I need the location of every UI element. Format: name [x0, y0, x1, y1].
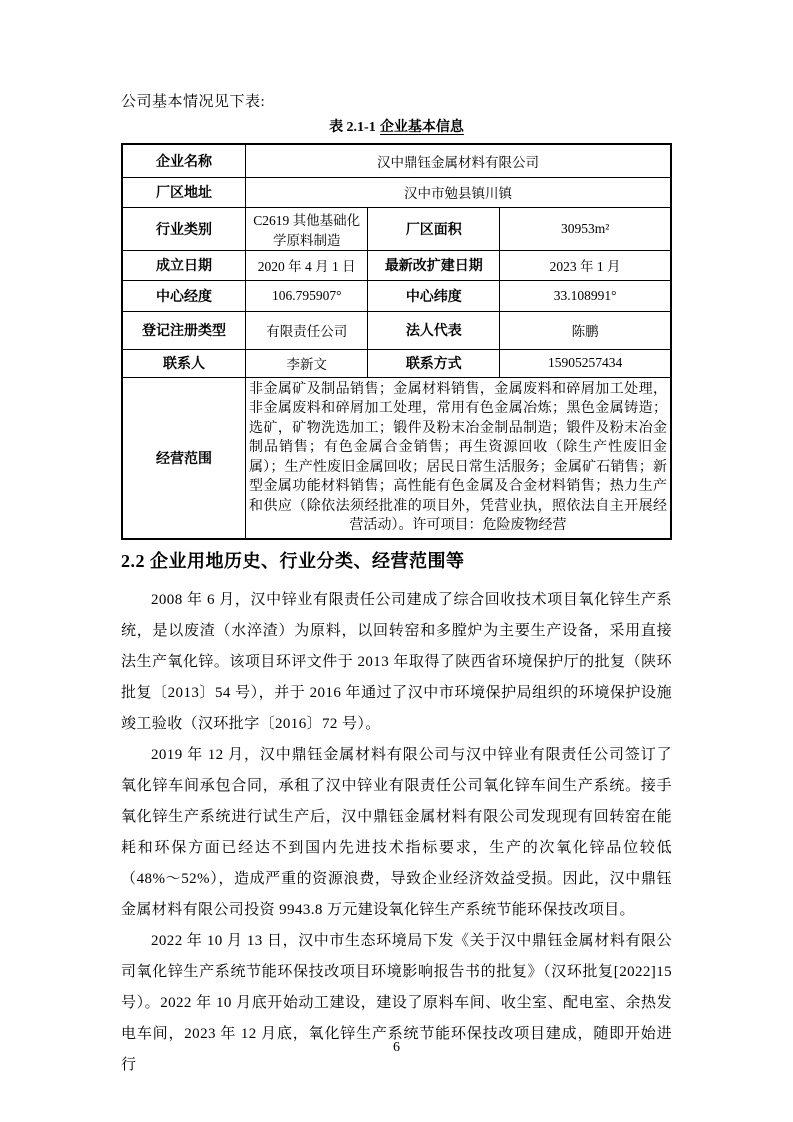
row-business-scope: 经营范围 非金属矿及制品销售；金属材料销售，金属废料和碎屑加工处理，非金属废料和…	[122, 377, 671, 539]
paragraph-history-2019: 2019 年 12 月，汉中鼎钰金属材料有限公司与汉中锌业有限责任公司签订了氧化…	[121, 740, 672, 926]
rebuild-date-value: 2023 年 1 月	[500, 250, 671, 280]
latitude-label: 中心纬度	[368, 280, 500, 311]
registration-type-label: 登记注册类型	[122, 311, 246, 349]
area-label: 厂区面积	[368, 207, 500, 250]
contact-person-label: 联系人	[122, 349, 246, 377]
contact-phone-value: 15905257434	[500, 349, 671, 377]
intro-text: 公司基本情况见下表:	[121, 92, 672, 112]
table-title-text: 企业基本信息	[380, 120, 464, 135]
industry-value: C2619 其他基础化学原料制造	[246, 207, 368, 250]
company-name-label: 企业名称	[122, 144, 246, 177]
legal-rep-label: 法人代表	[368, 311, 500, 349]
contact-phone-label: 联系方式	[368, 349, 500, 377]
founded-date-label: 成立日期	[122, 250, 246, 280]
row-dates: 成立日期 2020 年 4 月 1 日 最新改扩建日期 2023 年 1 月	[122, 250, 671, 280]
row-address: 厂区地址 汉中市勉县镇川镇	[122, 177, 671, 207]
contact-person-value: 李新文	[246, 349, 368, 377]
row-registration: 登记注册类型 有限责任公司 法人代表 陈鹏	[122, 311, 671, 349]
company-info-table: 企业名称 汉中鼎钰金属材料有限公司 厂区地址 汉中市勉县镇川镇 行业类别 C26…	[121, 143, 672, 540]
industry-label: 行业类别	[122, 207, 246, 250]
longitude-value: 106.795907°	[246, 280, 368, 311]
page-number: 6	[0, 1040, 793, 1056]
rebuild-date-label: 最新改扩建日期	[368, 250, 500, 280]
business-scope-value: 非金属矿及制品销售；金属材料销售，金属废料和碎屑加工处理，非金属废料和碎屑加工处…	[246, 377, 671, 539]
section-heading: 2.2 企业用地历史、行业分类、经营范围等	[121, 548, 672, 574]
paragraph-history-2008: 2008 年 6 月，汉中锌业有限责任公司建成了综合回收技术项目氧化锌生产系统，…	[121, 585, 672, 740]
company-name-value: 汉中鼎钰金属材料有限公司	[246, 144, 671, 177]
legal-rep-value: 陈鹏	[500, 311, 671, 349]
document-page: 公司基本情况见下表: 表 2.1-1企业基本信息 企业名称 汉中鼎钰金属材料有限…	[0, 0, 793, 1122]
row-industry-area: 行业类别 C2619 其他基础化学原料制造 厂区面积 30953m²	[122, 207, 671, 250]
table-title-number: 表 2.1-1	[329, 120, 376, 135]
paragraph-history-2022: 2022 年 10 月 13 日，汉中市生态环境局下发《关于汉中鼎钰金属材料有限…	[121, 926, 672, 1081]
address-label: 厂区地址	[122, 177, 246, 207]
row-coordinates: 中心经度 106.795907° 中心纬度 33.108991°	[122, 280, 671, 311]
business-scope-label: 经营范围	[122, 377, 246, 539]
table-title: 表 2.1-1企业基本信息	[121, 117, 672, 139]
address-value: 汉中市勉县镇川镇	[246, 177, 671, 207]
registration-type-value: 有限责任公司	[246, 311, 368, 349]
area-value: 30953m²	[500, 207, 671, 250]
row-contact: 联系人 李新文 联系方式 15905257434	[122, 349, 671, 377]
longitude-label: 中心经度	[122, 280, 246, 311]
latitude-value: 33.108991°	[500, 280, 671, 311]
founded-date-value: 2020 年 4 月 1 日	[246, 250, 368, 280]
row-company-name: 企业名称 汉中鼎钰金属材料有限公司	[122, 144, 671, 177]
